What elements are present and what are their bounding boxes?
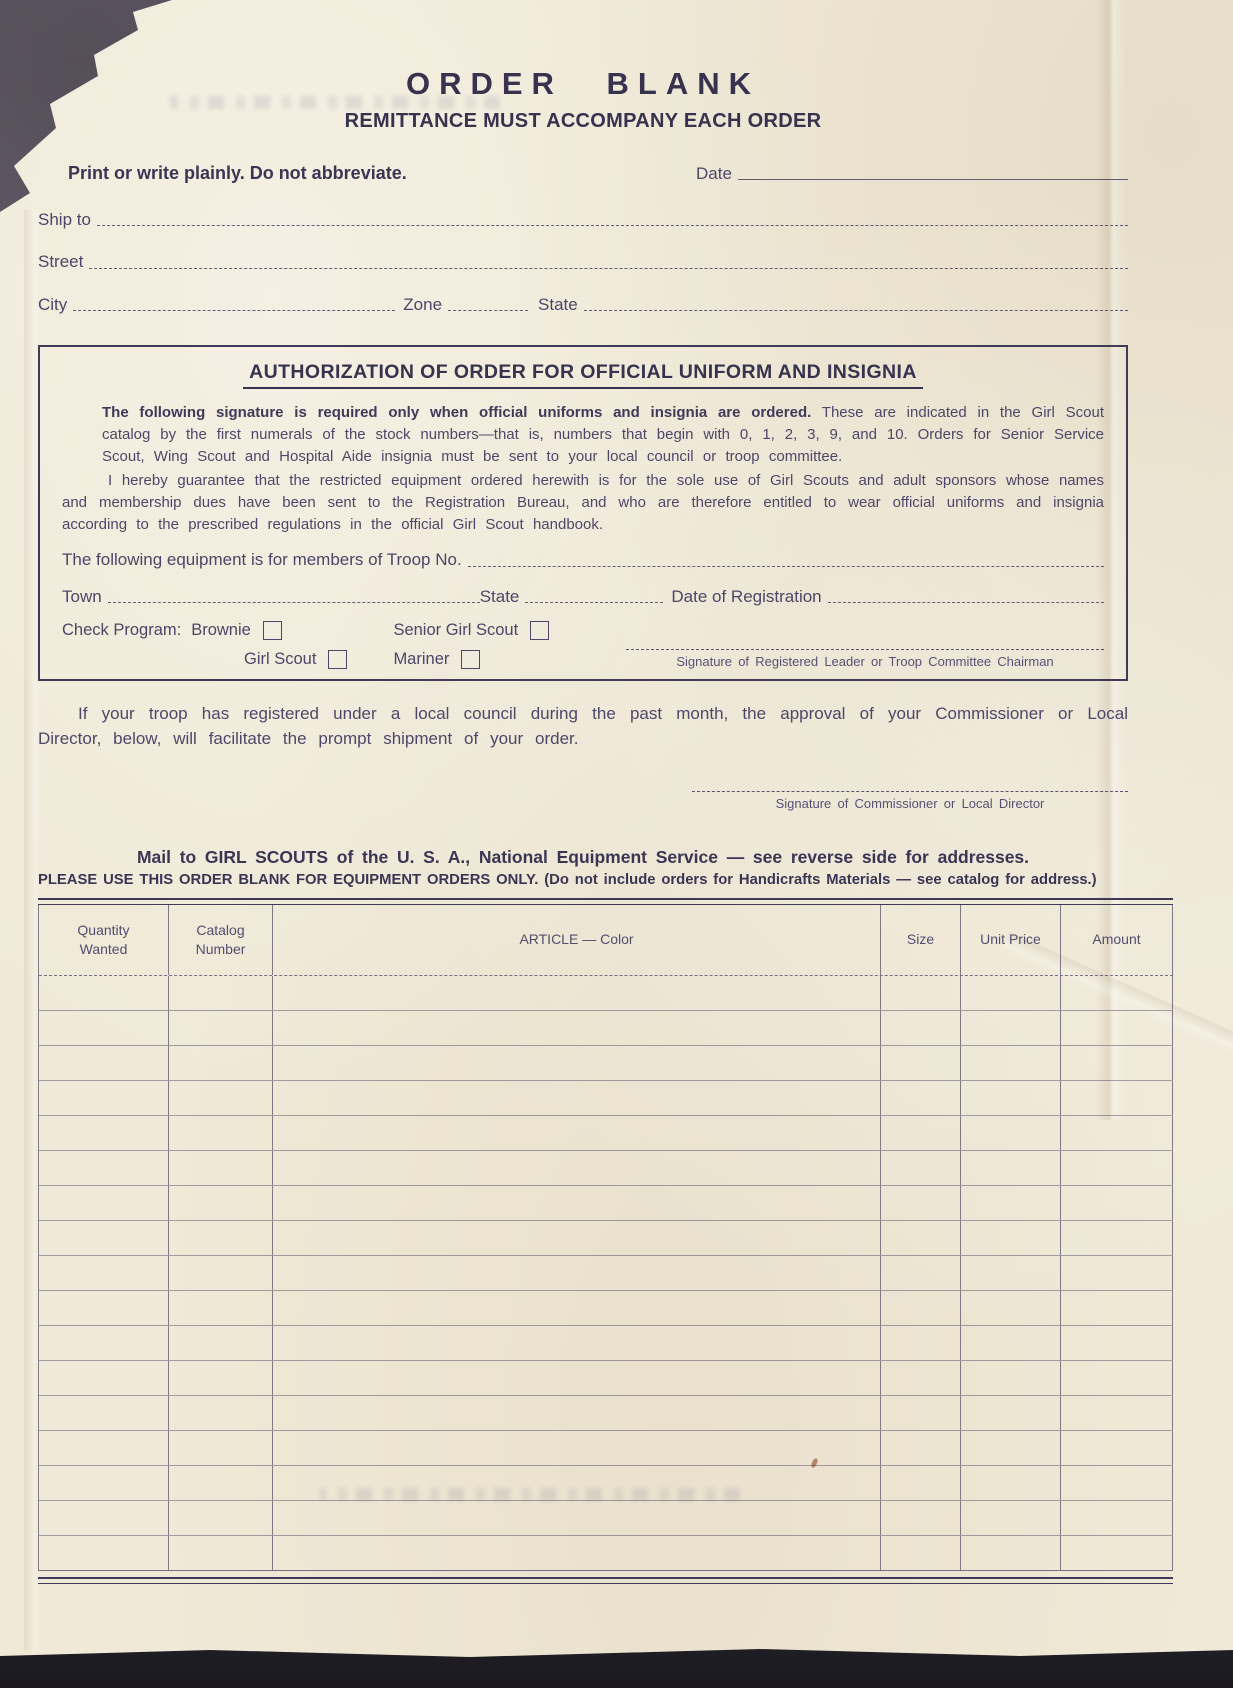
table-cell[interactable] bbox=[881, 1396, 961, 1430]
table-cell[interactable] bbox=[39, 976, 169, 1010]
street-label: Street bbox=[38, 252, 83, 272]
column-header-article-color: ARTICLE — Color bbox=[273, 905, 881, 975]
table-bottom-rule bbox=[38, 1577, 1173, 1584]
form-title: ORDER BLANK bbox=[38, 66, 1128, 102]
council-note: If your troop has registered under a loc… bbox=[38, 701, 1128, 751]
table-cell[interactable] bbox=[273, 1466, 881, 1500]
table-row bbox=[39, 1326, 1173, 1361]
table-cell[interactable] bbox=[273, 1536, 881, 1570]
state-label: State bbox=[538, 295, 578, 315]
table-cell[interactable] bbox=[39, 1256, 169, 1290]
date-label: Date bbox=[696, 164, 732, 184]
city-label: City bbox=[38, 295, 67, 315]
table-row bbox=[39, 1011, 1173, 1046]
table-cell[interactable] bbox=[881, 1011, 961, 1045]
program-label-girl-scout: Girl Scout bbox=[244, 650, 316, 669]
table-cell[interactable] bbox=[1061, 1396, 1173, 1430]
program-option-mariner: Mariner bbox=[393, 650, 549, 669]
table-cell[interactable] bbox=[961, 1396, 1061, 1430]
table-cell[interactable] bbox=[273, 1431, 881, 1465]
authorization-box: AUTHORIZATION OF ORDER FOR OFFICIAL UNIF… bbox=[38, 345, 1128, 681]
table-cell[interactable] bbox=[961, 1536, 1061, 1570]
table-cell[interactable] bbox=[169, 1536, 273, 1570]
date-field: Date bbox=[696, 164, 1128, 184]
ship-to-input-line[interactable] bbox=[97, 211, 1128, 226]
table-cell[interactable] bbox=[961, 1431, 1061, 1465]
authorization-heading: AUTHORIZATION OF ORDER FOR OFFICIAL UNIF… bbox=[243, 361, 923, 389]
table-cell[interactable] bbox=[39, 1186, 169, 1220]
program-label-mariner: Mariner bbox=[393, 650, 449, 669]
paragraph-1-lead: The following signature is required only… bbox=[102, 404, 811, 421]
table-row bbox=[39, 976, 1173, 1011]
table-cell[interactable] bbox=[169, 1396, 273, 1430]
table-cell[interactable] bbox=[39, 1536, 169, 1570]
table-cell[interactable] bbox=[169, 1256, 273, 1290]
table-cell[interactable] bbox=[961, 1221, 1061, 1255]
table-cell[interactable] bbox=[273, 1326, 881, 1360]
ship-to-label: Ship to bbox=[38, 210, 91, 230]
authorization-paragraph-1: The following signature is required only… bbox=[102, 402, 1104, 468]
troop-state-label: State bbox=[480, 587, 520, 607]
print-plainly-note: Print or write plainly. Do not abbreviat… bbox=[68, 163, 407, 184]
mailing-line-2: PLEASE USE THIS ORDER BLANK FOR EQUIPMEN… bbox=[38, 872, 1128, 888]
table-cell[interactable] bbox=[273, 1221, 881, 1255]
table-cell[interactable] bbox=[39, 1326, 169, 1360]
zone-label: Zone bbox=[403, 295, 442, 315]
registration-date-label: Date of Registration bbox=[671, 587, 821, 607]
table-row bbox=[39, 1256, 1173, 1291]
table-cell[interactable] bbox=[273, 1046, 881, 1080]
table-cell[interactable] bbox=[273, 1151, 881, 1185]
table-cell[interactable] bbox=[169, 1466, 273, 1500]
table-cell[interactable] bbox=[169, 1151, 273, 1185]
troop-number-label: The following equipment is for members o… bbox=[62, 550, 462, 570]
table-row bbox=[39, 1536, 1173, 1570]
form-subtitle: REMITTANCE MUST ACCOMPANY EACH ORDER bbox=[38, 110, 1128, 133]
table-cell[interactable] bbox=[169, 1326, 273, 1360]
table-cell[interactable] bbox=[961, 1151, 1061, 1185]
troop-number-field: The following equipment is for members o… bbox=[62, 550, 1104, 570]
table-cell[interactable] bbox=[39, 1116, 169, 1150]
table-row bbox=[39, 1396, 1173, 1431]
zone-input-line[interactable] bbox=[448, 296, 528, 311]
column-header-catalog-number: Catalog Number bbox=[169, 905, 273, 975]
table-cell[interactable] bbox=[881, 1221, 961, 1255]
troop-state-input-line[interactable] bbox=[525, 588, 663, 603]
town-label: Town bbox=[62, 587, 102, 607]
program-option-girl-scout: Girl Scout bbox=[244, 650, 347, 669]
table-cell[interactable] bbox=[273, 1291, 881, 1325]
table-cell[interactable] bbox=[881, 1116, 961, 1150]
table-cell[interactable] bbox=[1061, 1186, 1173, 1220]
table-cell[interactable] bbox=[1061, 1046, 1173, 1080]
street-input-line[interactable] bbox=[89, 254, 1128, 269]
table-cell[interactable] bbox=[961, 1466, 1061, 1500]
table-cell[interactable] bbox=[881, 1046, 961, 1080]
table-cell[interactable] bbox=[1061, 1256, 1173, 1290]
order-table-header: Quantity WantedCatalog NumberARTICLE — C… bbox=[39, 905, 1173, 976]
ship-to-field: Ship to bbox=[38, 210, 1128, 230]
table-cell[interactable] bbox=[881, 1536, 961, 1570]
table-row bbox=[39, 1466, 1173, 1501]
table-cell[interactable] bbox=[881, 976, 961, 1010]
column-header-quantity-wanted: Quantity Wanted bbox=[39, 905, 169, 975]
table-cell[interactable] bbox=[881, 1326, 961, 1360]
table-cell[interactable] bbox=[169, 1046, 273, 1080]
table-row bbox=[39, 1046, 1173, 1081]
table-cell[interactable] bbox=[881, 1501, 961, 1535]
table-cell[interactable] bbox=[961, 1291, 1061, 1325]
table-cell[interactable] bbox=[961, 1501, 1061, 1535]
table-cell[interactable] bbox=[961, 1186, 1061, 1220]
paper-sheet: ORDER BLANK REMITTANCE MUST ACCOMPANY EA… bbox=[0, 0, 1233, 1688]
troop-number-input-line[interactable] bbox=[468, 552, 1104, 567]
table-cell[interactable] bbox=[881, 1361, 961, 1395]
commissioner-signature-caption: Signature of Commissioner or Local Direc… bbox=[692, 796, 1128, 811]
table-cell[interactable] bbox=[39, 1361, 169, 1395]
leader-signature-line[interactable] bbox=[626, 639, 1104, 650]
table-cell[interactable] bbox=[961, 1116, 1061, 1150]
commissioner-signature-block: Signature of Commissioner or Local Direc… bbox=[692, 781, 1128, 811]
table-cell[interactable] bbox=[273, 1501, 881, 1535]
program-label-brownie: Brownie bbox=[191, 621, 251, 640]
table-cell[interactable] bbox=[39, 1396, 169, 1430]
table-row bbox=[39, 1291, 1173, 1326]
order-table-body bbox=[39, 976, 1173, 1571]
table-cell[interactable] bbox=[273, 1256, 881, 1290]
table-cell[interactable] bbox=[39, 1221, 169, 1255]
program-label-senior-girl-scout: Senior Girl Scout bbox=[393, 621, 518, 640]
table-cell[interactable] bbox=[273, 1116, 881, 1150]
table-row bbox=[39, 1431, 1173, 1466]
table-cell[interactable] bbox=[1061, 1221, 1173, 1255]
table-cell[interactable] bbox=[39, 1011, 169, 1045]
column-header-unit-price: Unit Price bbox=[961, 905, 1061, 975]
table-cell[interactable] bbox=[169, 976, 273, 1010]
table-cell[interactable] bbox=[169, 1081, 273, 1115]
table-cell[interactable] bbox=[961, 1081, 1061, 1115]
authorization-paragraph-2: I hereby guarantee that the restricted e… bbox=[62, 470, 1104, 536]
table-cell[interactable] bbox=[961, 1361, 1061, 1395]
table-cell[interactable] bbox=[169, 1291, 273, 1325]
mailing-line-1: Mail to GIRL SCOUTS of the U. S. A., Nat… bbox=[38, 847, 1128, 868]
table-cell[interactable] bbox=[169, 1011, 273, 1045]
city-zone-state-row: City Zone State bbox=[38, 295, 1128, 315]
table-row bbox=[39, 1221, 1173, 1256]
table-cell[interactable] bbox=[961, 1256, 1061, 1290]
table-cell[interactable] bbox=[1061, 1291, 1173, 1325]
table-cell[interactable] bbox=[39, 1466, 169, 1500]
table-cell[interactable] bbox=[1061, 1536, 1173, 1570]
table-cell[interactable] bbox=[273, 976, 881, 1010]
program-option-senior-girl-scout: Senior Girl Scout bbox=[393, 621, 549, 640]
table-cell[interactable] bbox=[961, 1326, 1061, 1360]
table-row bbox=[39, 1151, 1173, 1186]
table-cell[interactable] bbox=[273, 1186, 881, 1220]
table-row bbox=[39, 1361, 1173, 1396]
table-cell[interactable] bbox=[881, 1151, 961, 1185]
table-cell[interactable] bbox=[1061, 1466, 1173, 1500]
table-row bbox=[39, 1186, 1173, 1221]
table-cell[interactable] bbox=[169, 1116, 273, 1150]
table-cell[interactable] bbox=[881, 1081, 961, 1115]
table-cell[interactable] bbox=[1061, 1326, 1173, 1360]
table-cell[interactable] bbox=[961, 976, 1061, 1010]
table-cell[interactable] bbox=[39, 1431, 169, 1465]
program-option-brownie: Check Program:Brownie bbox=[62, 621, 347, 640]
leader-signature-block: Signature of Registered Leader or Troop … bbox=[626, 639, 1104, 669]
checkbox-senior-girl-scout[interactable] bbox=[530, 621, 549, 640]
date-input-line[interactable] bbox=[738, 165, 1128, 180]
order-table: Quantity WantedCatalog NumberARTICLE — C… bbox=[38, 905, 1173, 1571]
table-cell[interactable] bbox=[39, 1501, 169, 1535]
commissioner-signature-line[interactable] bbox=[692, 781, 1128, 792]
table-cell[interactable] bbox=[169, 1221, 273, 1255]
table-cell[interactable] bbox=[961, 1011, 1061, 1045]
table-cell[interactable] bbox=[169, 1186, 273, 1220]
table-cell[interactable] bbox=[39, 1081, 169, 1115]
table-cell[interactable] bbox=[169, 1501, 273, 1535]
table-cell[interactable] bbox=[273, 1011, 881, 1045]
table-cell[interactable] bbox=[881, 1431, 961, 1465]
table-cell[interactable] bbox=[881, 1466, 961, 1500]
table-cell[interactable] bbox=[1061, 1081, 1173, 1115]
table-cell[interactable] bbox=[273, 1361, 881, 1395]
table-cell[interactable] bbox=[169, 1431, 273, 1465]
table-cell[interactable] bbox=[881, 1186, 961, 1220]
registration-date-input-line[interactable] bbox=[828, 588, 1104, 603]
table-cell[interactable] bbox=[39, 1046, 169, 1080]
table-cell[interactable] bbox=[881, 1291, 961, 1325]
table-row bbox=[39, 1116, 1173, 1151]
table-cell[interactable] bbox=[1061, 1431, 1173, 1465]
program-options: Check Program:BrownieSenior Girl ScoutGi… bbox=[62, 621, 549, 669]
table-cell[interactable] bbox=[1061, 976, 1173, 1010]
table-cell[interactable] bbox=[273, 1081, 881, 1115]
checkbox-girl-scout[interactable] bbox=[328, 650, 347, 669]
checkbox-brownie[interactable] bbox=[263, 621, 282, 640]
leader-signature-caption: Signature of Registered Leader or Troop … bbox=[626, 654, 1104, 669]
table-cell[interactable] bbox=[881, 1256, 961, 1290]
table-cell[interactable] bbox=[1061, 1361, 1173, 1395]
table-cell[interactable] bbox=[169, 1361, 273, 1395]
street-field: Street bbox=[38, 252, 1128, 272]
table-row bbox=[39, 1081, 1173, 1116]
column-header-size: Size bbox=[881, 905, 961, 975]
city-input-line[interactable] bbox=[73, 296, 395, 311]
town-input-line[interactable] bbox=[108, 588, 480, 603]
table-cell[interactable] bbox=[961, 1046, 1061, 1080]
town-state-registration-row: Town State Date of Registration bbox=[62, 587, 1104, 607]
table-row bbox=[39, 1501, 1173, 1536]
table-cell[interactable] bbox=[39, 1151, 169, 1185]
table-top-rule bbox=[38, 898, 1173, 905]
state-input-line[interactable] bbox=[584, 296, 1128, 311]
table-cell[interactable] bbox=[1061, 1116, 1173, 1150]
table-cell[interactable] bbox=[1061, 1011, 1173, 1045]
table-cell[interactable] bbox=[273, 1396, 881, 1430]
table-cell[interactable] bbox=[1061, 1151, 1173, 1185]
checkbox-mariner[interactable] bbox=[461, 650, 480, 669]
table-cell[interactable] bbox=[1061, 1501, 1173, 1535]
table-cell[interactable] bbox=[39, 1291, 169, 1325]
column-header-amount: Amount bbox=[1061, 905, 1173, 975]
check-program-label: Check Program: bbox=[62, 621, 181, 640]
